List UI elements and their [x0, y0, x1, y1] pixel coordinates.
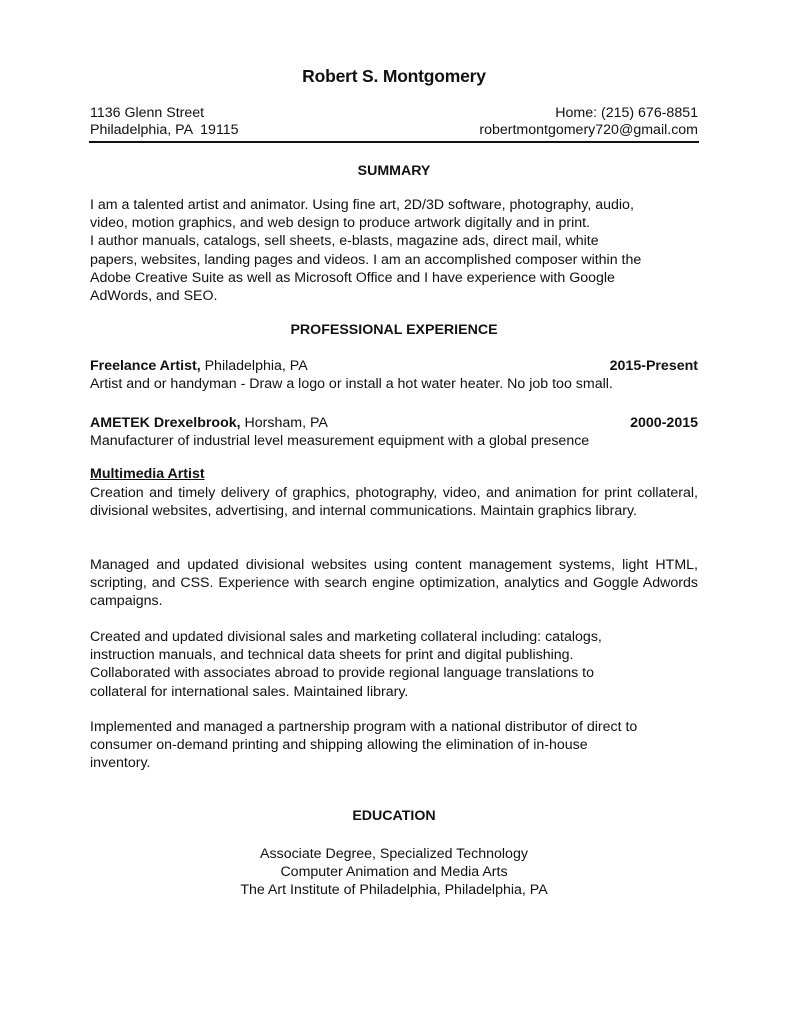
role-paragraph-line: collateral for international sales. Main…	[90, 683, 702, 701]
summary-text: I am a talented artist and animator. Usi…	[90, 196, 702, 305]
address-line-1: 1136 Glenn Street	[90, 105, 239, 122]
summary-line: AdWords, and SEO.	[90, 287, 702, 305]
role-paragraph-line: consumer on-demand printing and shipping…	[90, 736, 702, 754]
role-paragraph: Created and updated divisional sales and…	[90, 628, 702, 701]
summary-line: papers, websites, landing pages and vide…	[90, 251, 702, 269]
header-divider	[89, 141, 699, 143]
role-paragraph: Managed and updated divisional websites …	[90, 556, 698, 611]
education-school: The Art Institute of Philadelphia, Phila…	[90, 881, 698, 899]
address-line-2: Philadelphia, PA 19115	[90, 122, 239, 139]
job-dates: 2015-Present	[610, 357, 698, 375]
role-paragraph-line: instruction manuals, and technical data …	[90, 646, 702, 664]
job-employer-location: AMETEK Drexelbrook, Horsham, PA	[90, 414, 328, 432]
job-location: Horsham, PA	[241, 415, 328, 431]
summary-line: video, motion graphics, and web design t…	[90, 214, 702, 232]
role-title: Multimedia Artist	[90, 466, 205, 482]
role-paragraph: Implemented and managed a partnership pr…	[90, 718, 702, 773]
email: robertmontgomery720@gmail.com	[479, 122, 698, 139]
job-employer: AMETEK Drexelbrook,	[90, 415, 241, 431]
job-employer: Freelance Artist,	[90, 358, 201, 374]
job-description: Manufacturer of industrial level measure…	[90, 432, 702, 450]
address: 1136 Glenn Street Philadelphia, PA 19115	[90, 105, 239, 139]
job-dates: 2000-2015	[630, 414, 698, 432]
education-heading: EDUCATION	[90, 808, 698, 824]
education-degree: Associate Degree, Specialized Technology	[90, 845, 698, 863]
experience-heading: PROFESSIONAL EXPERIENCE	[90, 322, 698, 338]
role-paragraph: Creation and timely delivery of graphics…	[90, 484, 698, 520]
job-description: Artist and or handyman - Draw a logo or …	[90, 375, 702, 393]
role-paragraph-line: Collaborated with associates abroad to p…	[90, 664, 702, 682]
role-paragraph-line: Implemented and managed a partnership pr…	[90, 718, 702, 736]
phone: Home: (215) 676-8851	[479, 105, 698, 122]
job-location: Philadelphia, PA	[201, 358, 308, 374]
job-employer-location: Freelance Artist, Philadelphia, PA	[90, 357, 308, 375]
education-block: Associate Degree, Specialized Technology…	[90, 845, 698, 899]
role-paragraph-line: Created and updated divisional sales and…	[90, 628, 702, 646]
summary-line: Adobe Creative Suite as well as Microsof…	[90, 269, 702, 287]
contact-info: Home: (215) 676-8851 robertmontgomery720…	[479, 105, 698, 139]
summary-line: I author manuals, catalogs, sell sheets,…	[90, 232, 702, 250]
summary-heading: SUMMARY	[90, 163, 698, 179]
summary-line: I am a talented artist and animator. Usi…	[90, 196, 702, 214]
candidate-name: Robert S. Montgomery	[90, 66, 698, 87]
education-program: Computer Animation and Media Arts	[90, 863, 698, 881]
role-paragraph-line: inventory.	[90, 754, 702, 772]
